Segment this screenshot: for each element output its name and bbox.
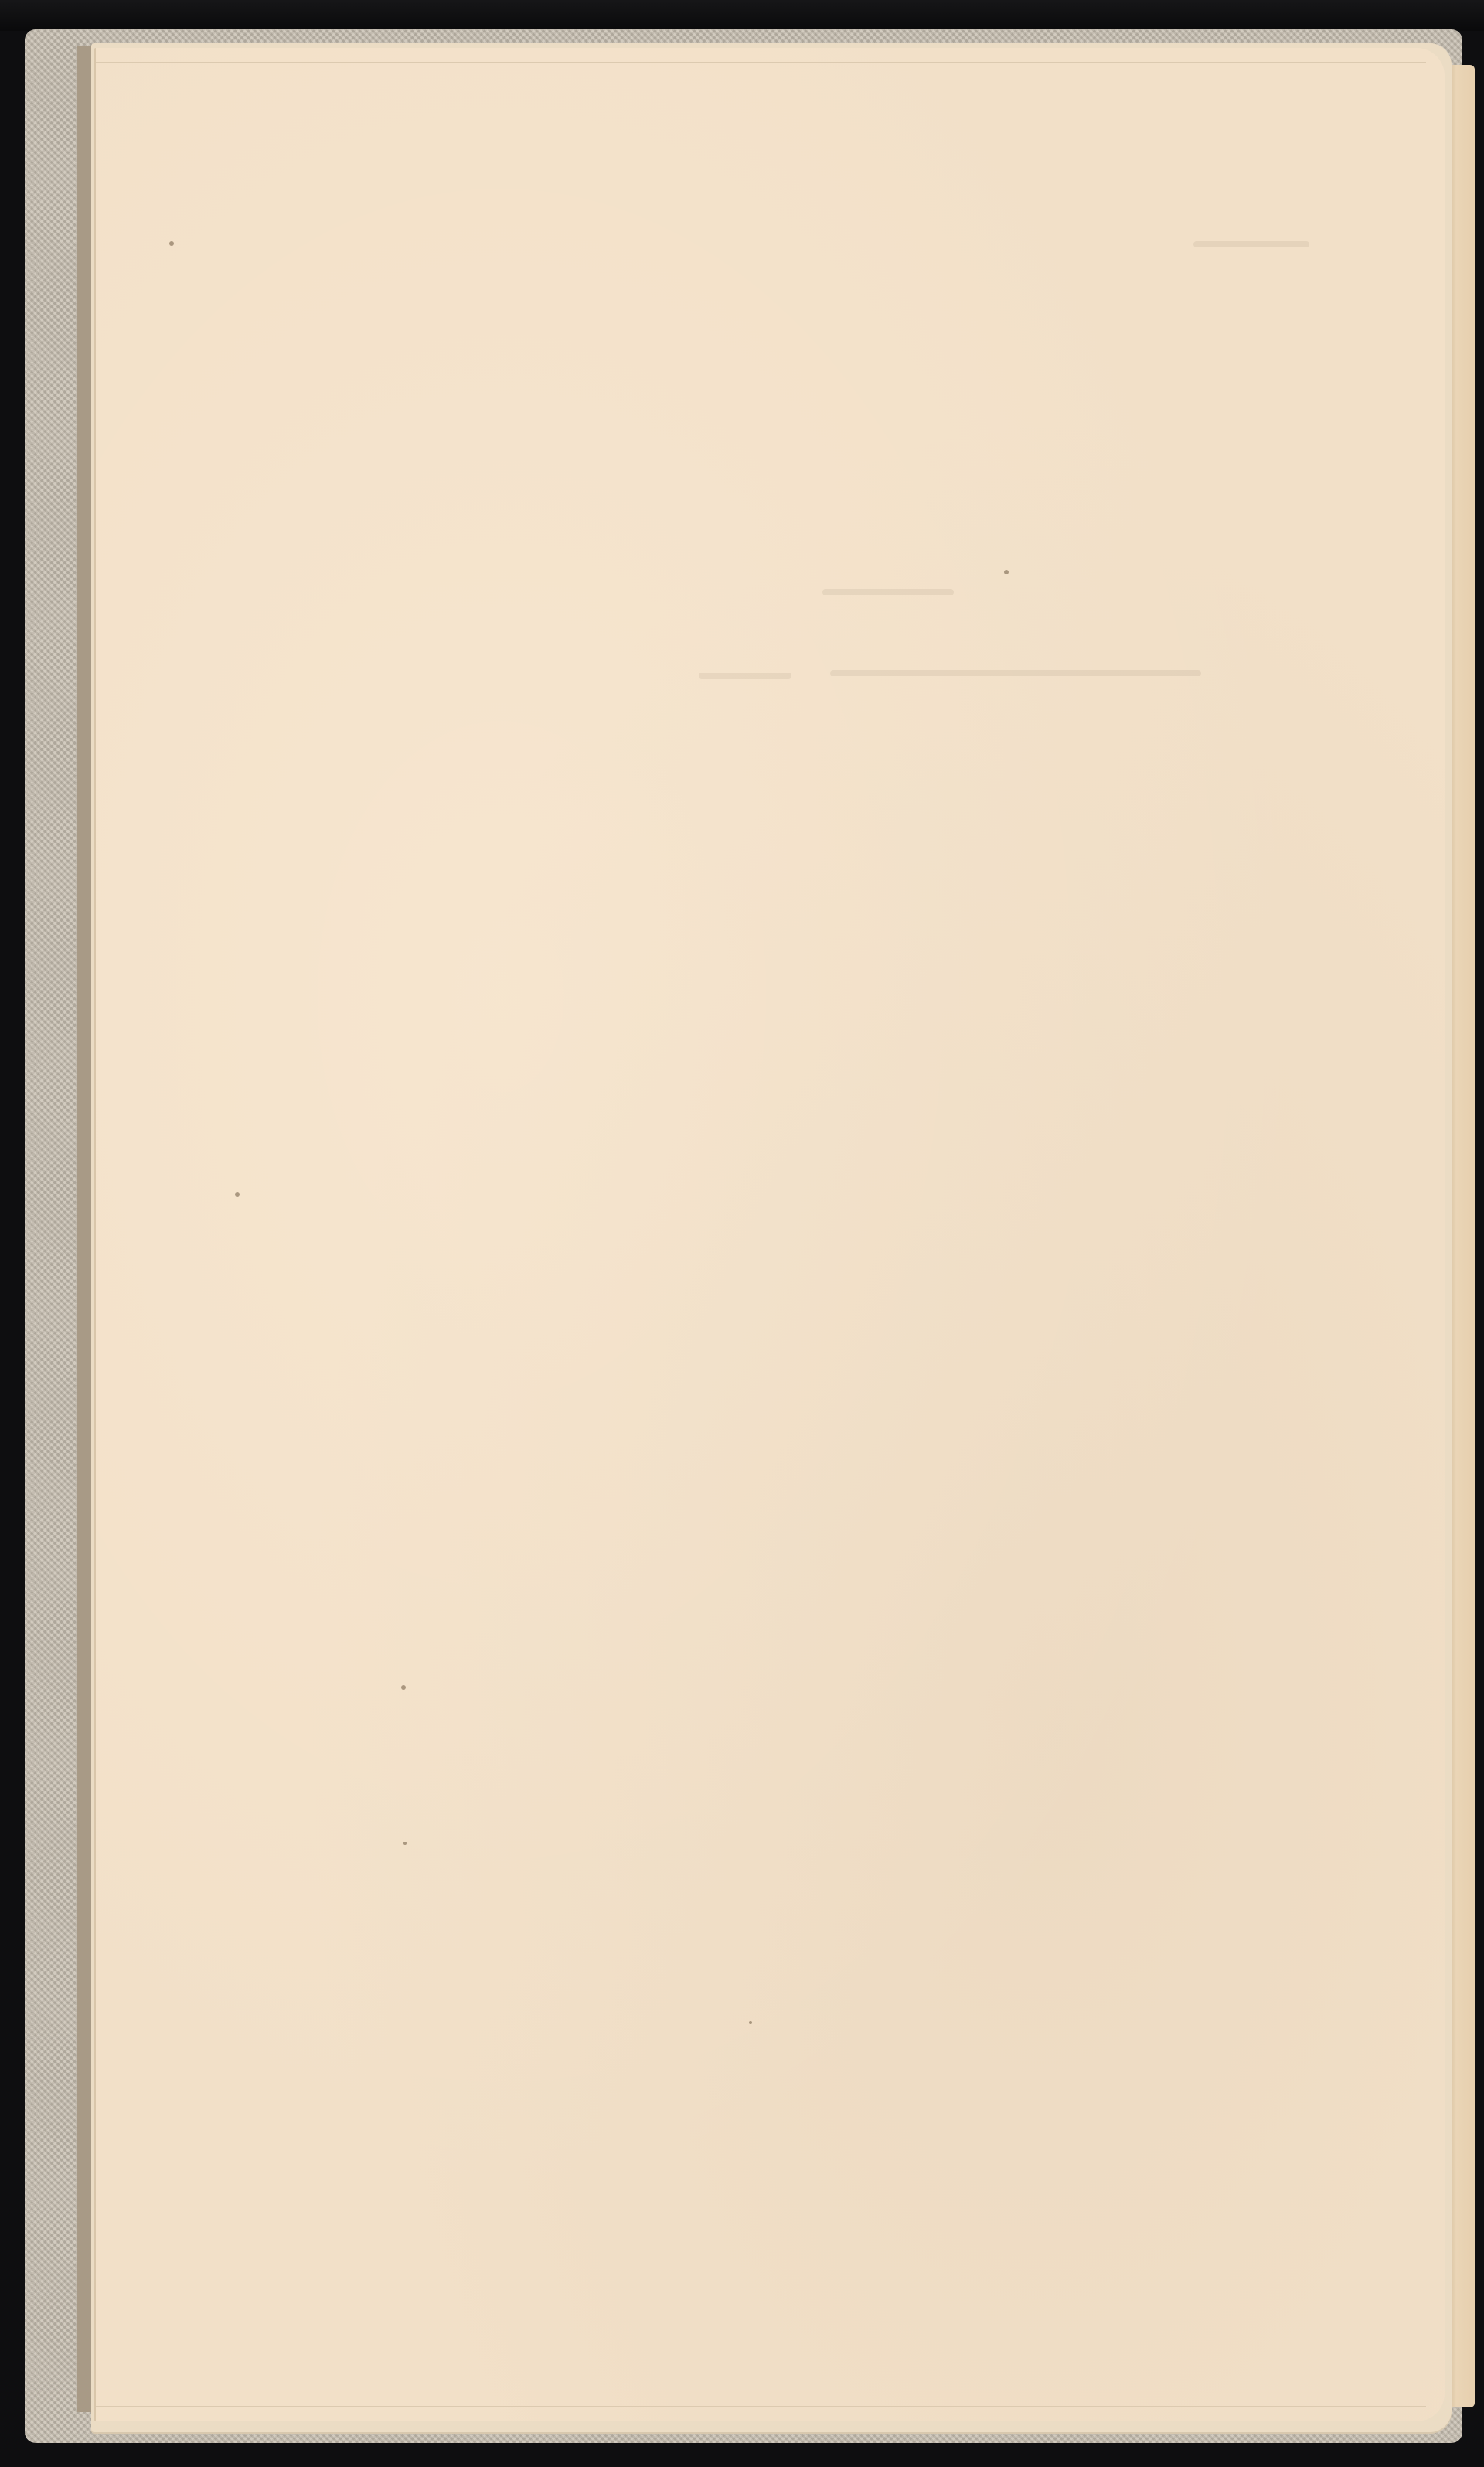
paper-speck: [1004, 570, 1009, 574]
scan-backdrop: [0, 0, 1484, 31]
paper-speck: [235, 1192, 240, 1197]
show-through-mark: [830, 670, 1201, 676]
cover-board-edge: [77, 46, 93, 2412]
show-through-mark: [822, 589, 954, 595]
blank-page: [94, 48, 1445, 2421]
paper-speck: [401, 1685, 406, 1690]
show-through-mark: [1193, 241, 1309, 247]
paper-speck: [169, 241, 174, 246]
paper-speck: [403, 1842, 407, 1845]
show-through-mark: [699, 673, 791, 679]
page-bottom-edge: [96, 2406, 1426, 2407]
paper-speck: [749, 2021, 752, 2024]
page-top-edge: [96, 62, 1426, 63]
